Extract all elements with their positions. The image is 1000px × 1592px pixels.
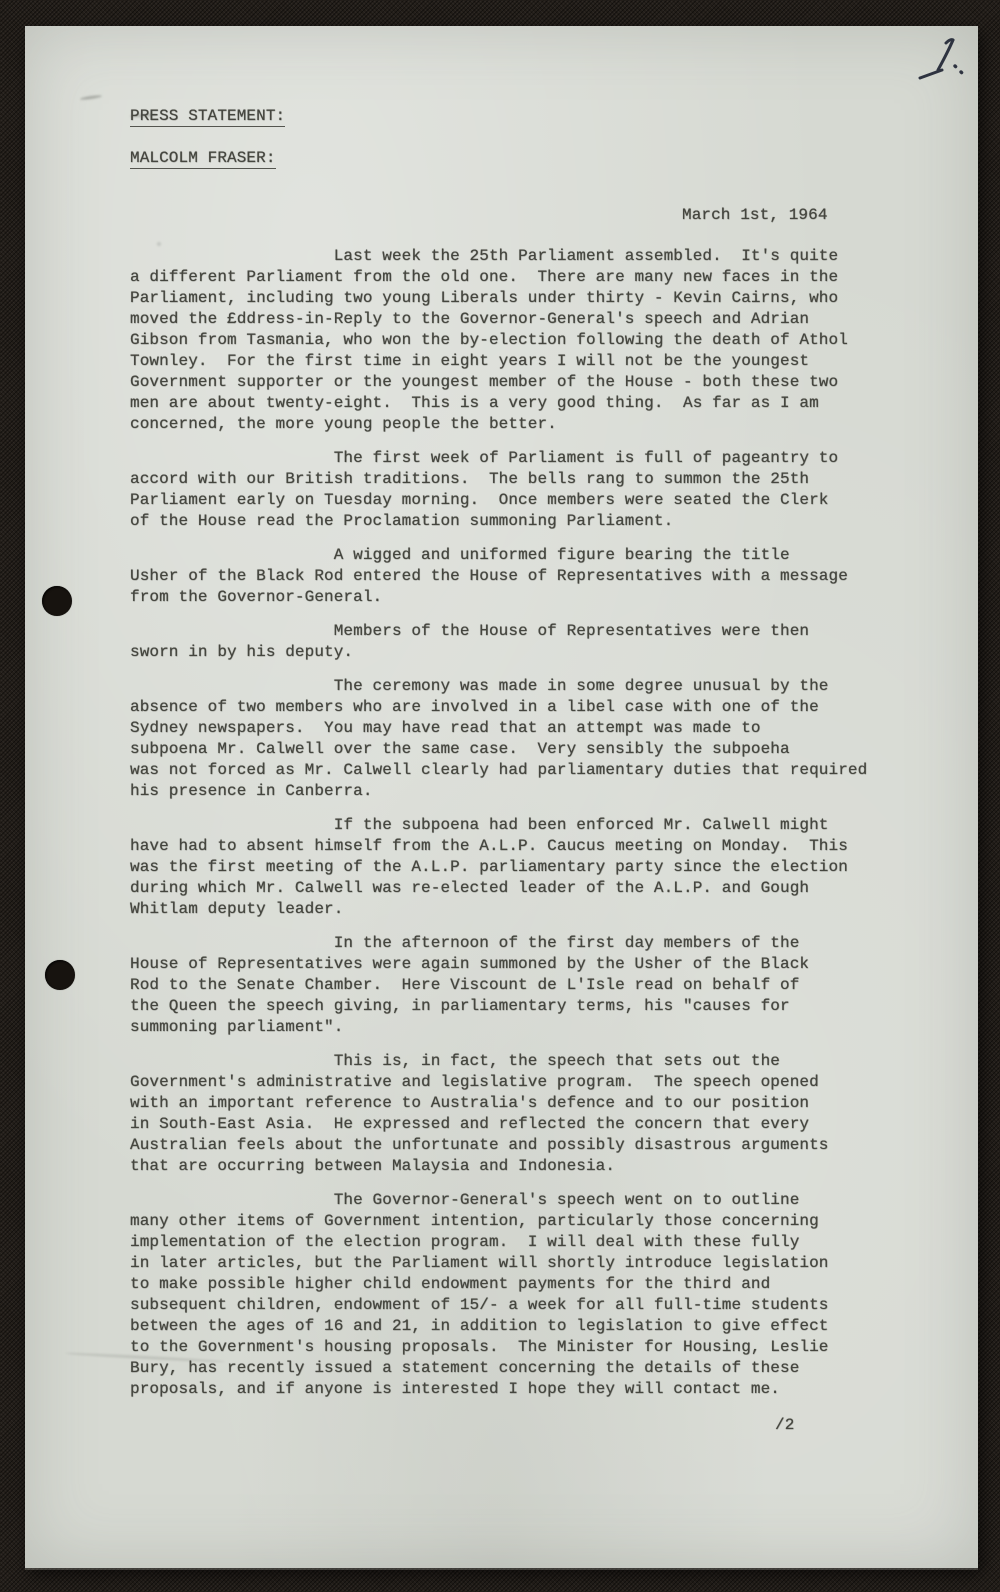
paragraph-2: The first week of Parliament is full of … xyxy=(130,448,920,532)
paragraph-3: A wigged and uniformed figure bearing th… xyxy=(130,545,920,608)
typed-content: PRESS STATEMENT: MALCOLM FRASER: March 1… xyxy=(130,106,920,1436)
pencil-smudge xyxy=(80,94,102,100)
date-line: March 1st, 1964 xyxy=(130,205,920,226)
paragraph-4: Members of the House of Representatives … xyxy=(130,621,920,663)
photo-background: PRESS STATEMENT: MALCOLM FRASER: March 1… xyxy=(0,0,1000,1592)
press-statement-heading: PRESS STATEMENT: xyxy=(130,106,920,127)
paragraph-5: The ceremony was made in some degree unu… xyxy=(130,676,920,802)
document-page: PRESS STATEMENT: MALCOLM FRASER: March 1… xyxy=(25,26,978,1568)
press-statement-heading-text: PRESS STATEMENT: xyxy=(130,107,285,127)
paragraph-9: The Governor-General's speech went on to… xyxy=(130,1190,920,1400)
author-heading: MALCOLM FRASER: xyxy=(130,148,920,169)
handwritten-page-number-icon xyxy=(902,32,968,88)
hole-punch-top xyxy=(42,586,72,616)
paragraph-6: If the subpoena had been enforced Mr. Ca… xyxy=(130,815,920,920)
paragraph-8: This is, in fact, the speech that sets o… xyxy=(130,1051,920,1177)
hole-punch-bottom xyxy=(45,960,75,990)
page-footer: /2 xyxy=(130,1415,920,1436)
paragraph-1: Last week the 25th Parliament assembled.… xyxy=(130,246,920,435)
paragraph-7: In the afternoon of the first day member… xyxy=(130,933,920,1038)
author-heading-text: MALCOLM FRASER: xyxy=(130,149,276,169)
